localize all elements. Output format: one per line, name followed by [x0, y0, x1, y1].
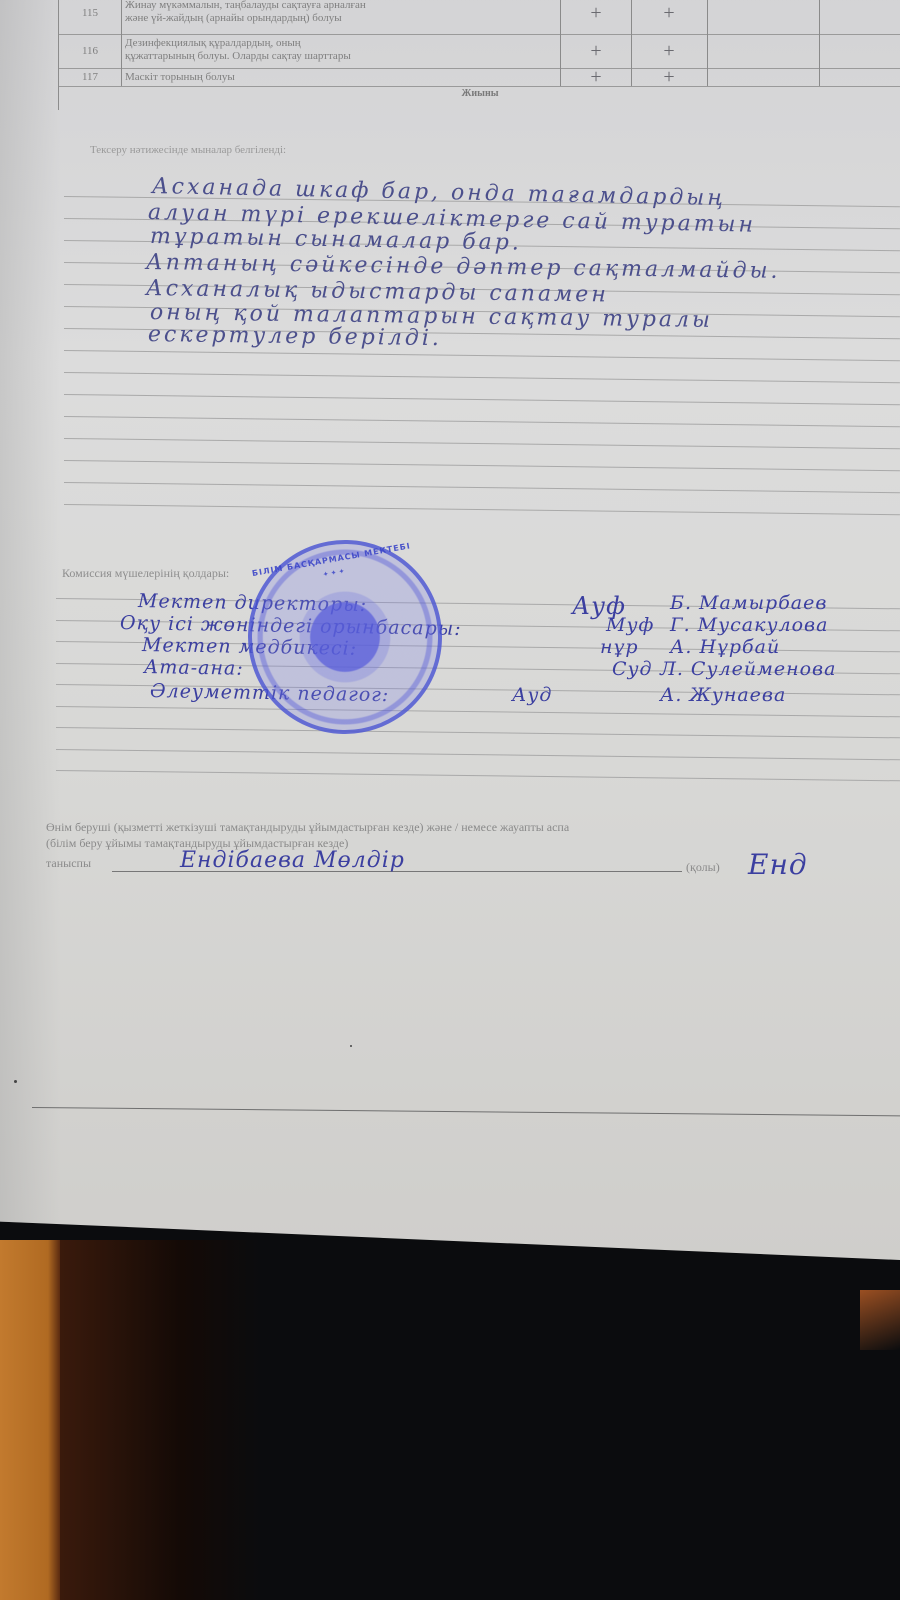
- familiarized-label: таныспы: [46, 856, 91, 871]
- member-signature: нұр: [600, 636, 639, 658]
- desk-corner: [860, 1290, 900, 1350]
- member-name: А. Жунаева: [660, 684, 786, 706]
- check-mark: +: [631, 68, 708, 86]
- member-signature: Муф: [606, 614, 654, 636]
- familiarized-name: Ендібаева Мөлдір: [180, 848, 405, 873]
- row-number: 115: [59, 0, 122, 34]
- producer-signature: Енд: [748, 848, 808, 881]
- member-signature: Суд: [612, 658, 653, 680]
- handwritten-line: ескертулер берілді.: [148, 322, 442, 351]
- inspection-table: 115 Жинау мүкәммалын, таңбалауды сақтауғ…: [58, 0, 900, 110]
- check-mark: +: [561, 0, 632, 34]
- table-row: 116 Дезинфекциялық құралдардың, оның құж…: [59, 34, 900, 69]
- member-name: Г. Мусакулова: [670, 614, 828, 636]
- table-row: 115 Жинау мүкәммалын, таңбалауды сақтауғ…: [59, 0, 900, 35]
- member-role: Ата-ана:: [144, 656, 244, 680]
- check-mark: +: [631, 34, 708, 68]
- member-name: Л. Сулейменова: [660, 658, 836, 680]
- signature-label: (қолы): [686, 860, 720, 875]
- check-mark: +: [631, 0, 708, 34]
- producer-line-1: Өнім беруші (қызметті жеткізуші тамақтан…: [46, 820, 569, 835]
- check-mark: +: [561, 68, 632, 86]
- row-number: 117: [59, 68, 122, 86]
- row-text: Маскіт торының болуы: [121, 68, 561, 86]
- check-mark: +: [561, 34, 632, 68]
- row-number: 116: [59, 34, 122, 68]
- member-signature: Ауд: [512, 684, 552, 706]
- row-text: Жинау мүкәммалын, таңбалауды сақтауға ар…: [121, 0, 561, 34]
- row-text: Дезинфекциялық құралдардың, оның құжатта…: [121, 34, 561, 68]
- findings-label: Тексеру нәтижесінде мыналар белгіленді:: [90, 144, 286, 156]
- wooden-desk: [0, 1240, 60, 1600]
- commission-label: Комиссия мүшелерінің қолдары:: [62, 566, 229, 581]
- table-row: 117 Маскіт торының болуы + +: [59, 68, 900, 87]
- table-total-label: Жиыны: [59, 88, 900, 99]
- member-name: А. Нұрбай: [670, 636, 780, 658]
- member-name: Б. Мамырбаев: [670, 592, 827, 614]
- desk-shadow: [60, 1240, 260, 1600]
